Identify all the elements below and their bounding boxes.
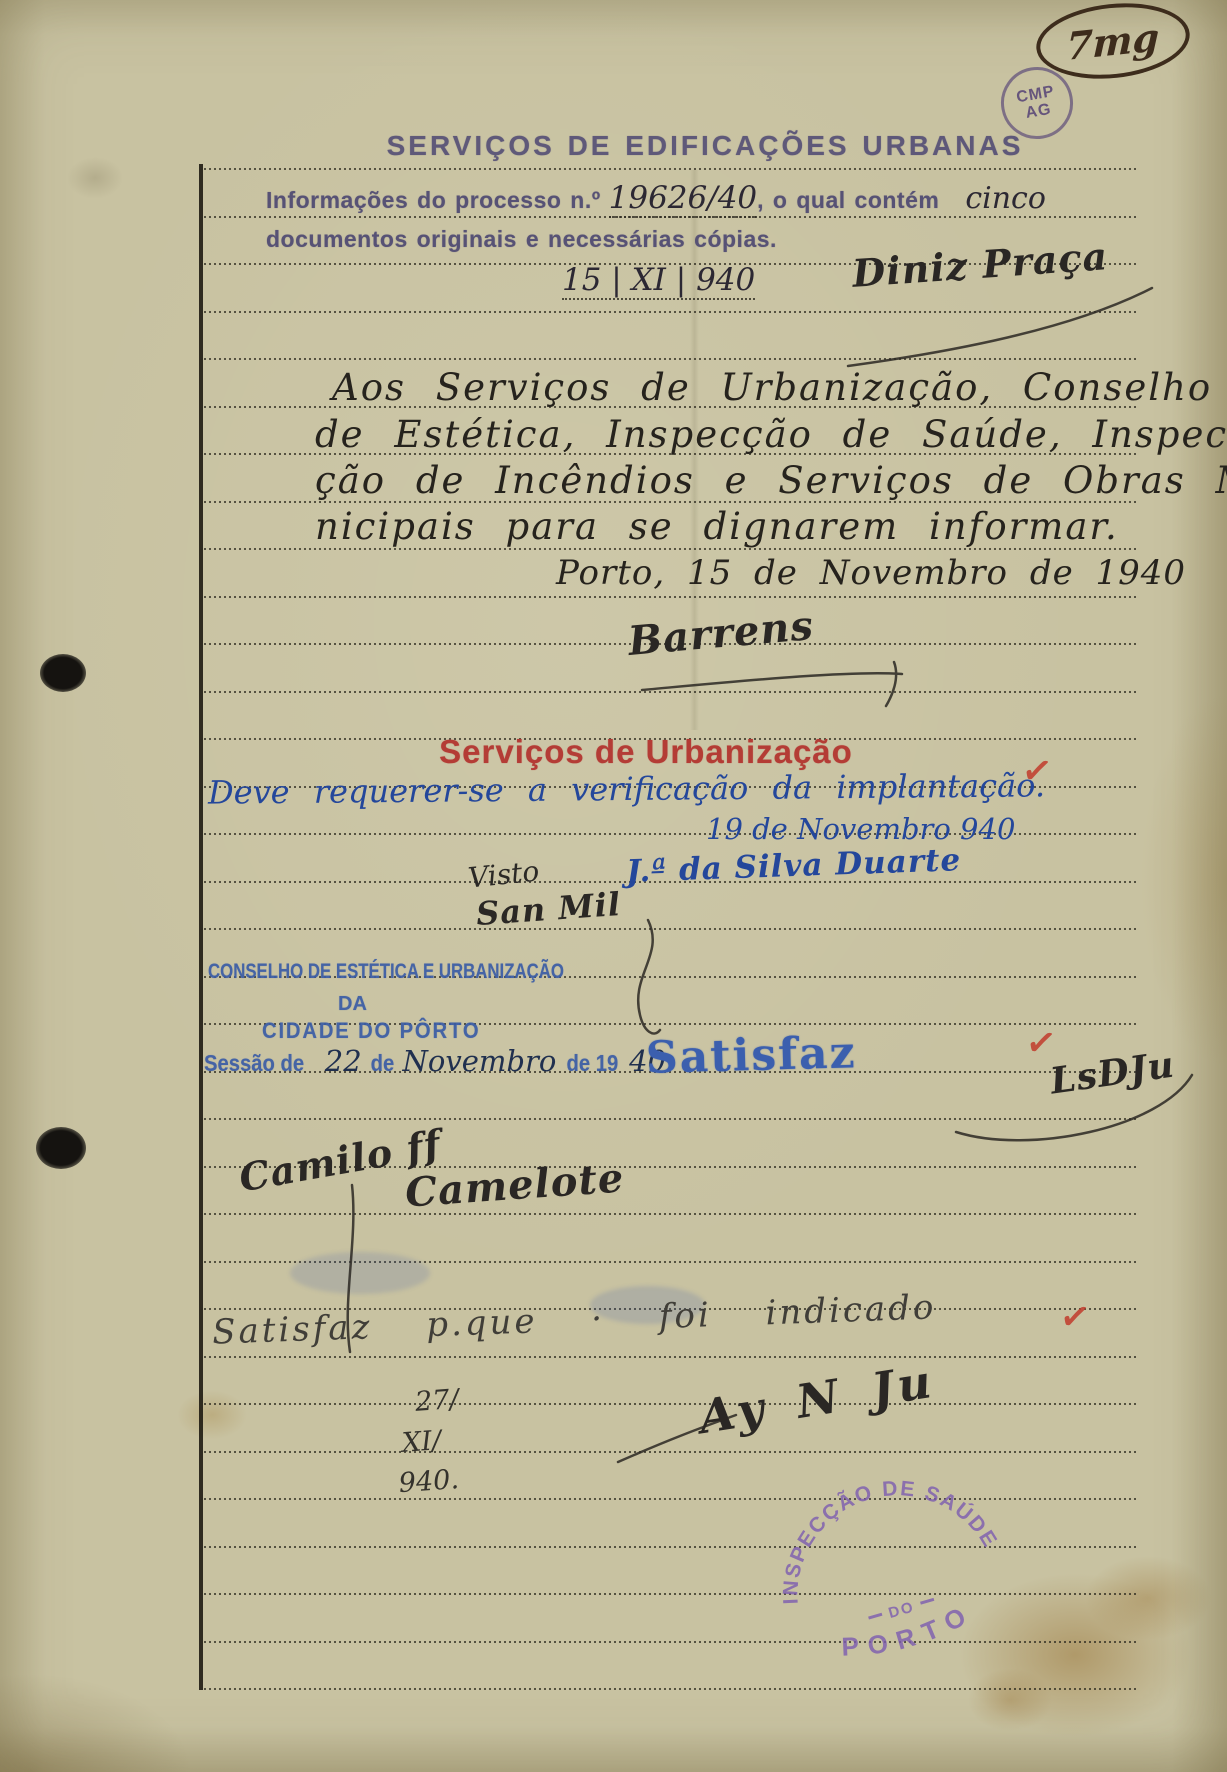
session-de-stamp: de <box>370 1050 394 1077</box>
ruled-line <box>204 596 1138 598</box>
session-month: Novembro <box>403 1044 557 1078</box>
session-label-stamp: Sessão de <box>204 1050 304 1077</box>
process-info-prefix: Informações do processo n.º <box>266 187 601 214</box>
final-date-line1: 27/ <box>414 1380 460 1423</box>
ruled-line <box>204 1356 1138 1358</box>
process-number: 19626/40 <box>609 180 758 218</box>
urbanizacao-department-stamp: Serviços de Urbanização <box>436 733 856 771</box>
urbanizacao-date: 19 de Novembro 940 <box>706 812 1015 846</box>
conselho-stamp-line2: DA <box>338 993 367 1016</box>
punch-hole-top <box>40 654 86 692</box>
ruled-line <box>204 1118 1138 1120</box>
final-date-line2: XI/ <box>401 1420 463 1464</box>
copies-count-word: cinco <box>965 181 1046 216</box>
session-row: Sessão de 22 de Novembro de 19 40 <box>204 1044 666 1078</box>
dispatch-line4: nicipais para se dignarem informar. <box>315 505 1119 548</box>
ruled-line <box>204 548 1138 550</box>
final-date-stack: 27/ XI/ 940. <box>392 1380 466 1504</box>
form-left-border <box>199 164 203 1690</box>
weight-note-text: 7mg <box>1066 13 1160 68</box>
red-check-mark-2: ✓ <box>1023 1020 1059 1066</box>
process-info-line2: documentos originais e necessárias cópia… <box>266 226 777 253</box>
ruled-line <box>204 1213 1138 1215</box>
page-title: SERVIÇOS DE EDIFICAÇÕES URBANAS <box>280 130 1130 162</box>
ink-smudge <box>290 1252 430 1294</box>
conselho-stamp-line3: CIDADE DO PÔRTO <box>262 1018 480 1044</box>
process-info-row: Informações do processo n.º 19626/40 , o… <box>266 180 1046 218</box>
red-check-mark-1: ✓ <box>1019 748 1055 794</box>
dispatch-line3: ção de Incêndios e Serviços de Obras Mu- <box>315 459 1227 502</box>
conselho-stamp-line1: CONSELHO DE ESTÉTICA E URBANIZAÇÃO <box>208 960 564 984</box>
process-info-suffix: , o qual contém <box>757 187 939 214</box>
urbanizacao-note: Deve requerer-se a verificação da implan… <box>208 766 1045 811</box>
dispatch-dateline: Porto, 15 de Novembro de 1940 <box>556 553 1186 593</box>
cmp-stamp-line2: AG <box>1024 101 1053 122</box>
satisfaz-verdict-stamp: Satisfaz <box>645 1027 857 1083</box>
session-de19-stamp: de 19 <box>567 1050 619 1077</box>
ruled-line <box>204 311 1138 313</box>
ruled-line <box>204 168 1138 170</box>
ruled-line <box>204 1688 1138 1690</box>
saude-stamp-middle-text: DO <box>887 1598 917 1622</box>
ruled-line <box>204 691 1138 693</box>
final-date-line3: 940. <box>397 1460 465 1504</box>
saude-stamp-left-tick <box>869 1614 882 1618</box>
ruled-line <box>204 928 1138 930</box>
punch-hole-bottom <box>36 1127 86 1169</box>
red-check-mark-3: ✓ <box>1057 1294 1093 1340</box>
saude-stamp-right-tick <box>920 1599 933 1603</box>
entry-date: 15 | XI | 940 <box>562 262 755 300</box>
ruled-line <box>204 1403 1138 1405</box>
session-day: 22 <box>325 1044 362 1078</box>
document-page: 7mg CMP AG SERVIÇOS DE EDIFICAÇÕES URBAN… <box>0 0 1227 1772</box>
ruled-line <box>204 358 1138 360</box>
dispatch-line1: Aos Serviços de Urbanização, Conselho <box>332 366 1212 409</box>
dispatch-line2: de Estética, Inspecção de Saúde, Inspec- <box>315 413 1227 456</box>
